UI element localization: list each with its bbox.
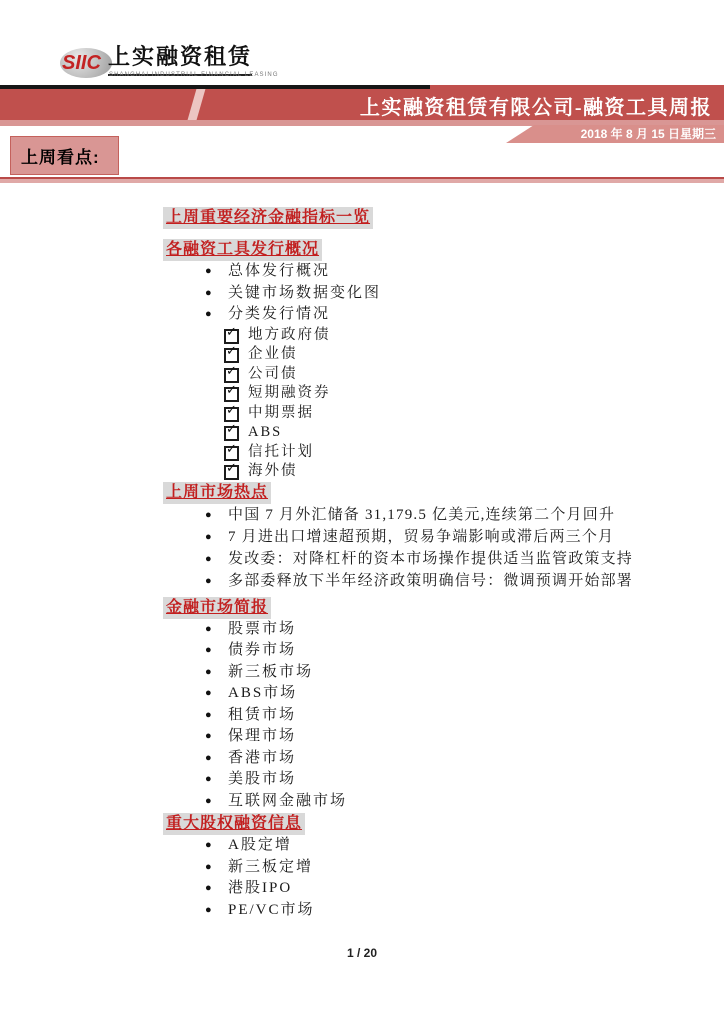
list-item: ●港股IPO: [163, 878, 703, 900]
list-item: ●PE/VC市场: [163, 900, 703, 922]
checkbox-checked-icon: ✓: [224, 329, 239, 344]
bullet-icon: ●: [205, 570, 212, 592]
list-item-label: 美股市场: [228, 771, 296, 787]
list-item-label: 中国 7 月外汇储备 31,179.5 亿美元,连续第二个月回升: [228, 507, 615, 523]
bullet-icon: ●: [205, 504, 212, 526]
banner-top-bar: [0, 85, 430, 89]
list-item-label: 新三板定增: [228, 859, 313, 875]
list-item: ●发改委：对降杠杆的资本市场操作提供适当监管政策支持: [163, 548, 703, 570]
market-brief-list: ●股票市场 ●债券市场 ●新三板市场 ●ABS市场 ●租赁市场 ●保理市场 ●香…: [163, 619, 703, 813]
checkbox-checked-icon: ✓: [224, 387, 239, 402]
toc-content: 上周重要经济金融指标一览 各融资工具发行概况 ●总体发行概况 ●关键市场数据变化…: [163, 202, 703, 921]
page-number: 1 / 20: [0, 946, 724, 960]
section-title-hotspots: 上周市场热点: [163, 482, 271, 504]
checkbox-checked-icon: ✓: [224, 426, 239, 441]
list-item: ●新三板定增: [163, 857, 703, 879]
list-item: ✓海外债: [163, 462, 703, 482]
bullet-icon: ●: [205, 857, 212, 879]
section-title-indicators: 上周重要经济金融指标一览: [163, 207, 373, 229]
list-item: ●A股定增: [163, 835, 703, 857]
report-title: 上实融资租赁有限公司-融资工具周报: [360, 91, 712, 120]
list-item: ●新三板市场: [163, 662, 703, 684]
list-item-label: 保理市场: [228, 728, 296, 744]
list-item-label: 港股IPO: [228, 880, 292, 896]
list-item-label: 租赁市场: [228, 707, 296, 723]
list-item: ✓公司债: [163, 365, 703, 385]
list-item-label: 互联网金融市场: [228, 793, 347, 809]
bullet-icon: ●: [205, 526, 212, 548]
bullet-icon: ●: [205, 769, 212, 791]
checkbox-checked-icon: ✓: [224, 407, 239, 422]
bullet-icon: ●: [205, 619, 212, 641]
list-item: ●股票市场: [163, 619, 703, 641]
bullet-icon: ●: [205, 835, 212, 857]
list-item: ✓中期票据: [163, 404, 703, 424]
list-item: ●多部委释放下半年经济政策明确信号：微调预调开始部署: [163, 570, 703, 592]
list-item: ✓地方政府债: [163, 326, 703, 346]
bullet-icon: ●: [205, 261, 212, 283]
list-item: ●香港市场: [163, 748, 703, 770]
bullet-icon: ●: [205, 640, 212, 662]
list-item-label: 中期票据: [248, 405, 314, 421]
bullet-icon: ●: [205, 791, 212, 813]
list-item: ●保理市场: [163, 726, 703, 748]
list-item-label: 关键市场数据变化图: [228, 285, 381, 301]
equity-financing-list: ●A股定增 ●新三板定增 ●港股IPO ●PE/VC市场: [163, 835, 703, 921]
company-name-cn: 上实融资租赁: [108, 40, 252, 76]
bullet-icon: ●: [205, 900, 212, 922]
list-item-label: PE/VC市场: [228, 902, 315, 918]
list-item: ✓信托计划: [163, 443, 703, 463]
bullet-icon: ●: [205, 304, 212, 326]
list-item: ✓ABS: [163, 423, 703, 443]
report-banner: 上实融资租赁有限公司-融资工具周报: [0, 85, 724, 120]
bullet-icon: ●: [205, 705, 212, 727]
bullet-icon: ●: [205, 548, 212, 570]
list-item-label: 分类发行情况: [228, 306, 330, 322]
list-item: ✓企业债: [163, 345, 703, 365]
list-item: ●ABS市场: [163, 683, 703, 705]
list-item-label: 海外债: [248, 463, 298, 479]
lookpoints-label: 上周看点:: [10, 136, 119, 175]
list-item-label: 地方政府债: [248, 327, 331, 343]
list-item: ●债券市场: [163, 640, 703, 662]
list-item-label: 总体发行概况: [228, 263, 330, 279]
list-item-label: ABS: [248, 424, 282, 440]
list-item-label: 香港市场: [228, 750, 296, 766]
list-item-label: ABS市场: [228, 685, 297, 701]
section-title-market-brief: 金融市场简报: [163, 597, 271, 619]
company-name-en: SHANGHAI INDUSTRIAL FINANCIAL LEASING: [109, 72, 279, 78]
list-item: ●关键市场数据变化图: [163, 283, 703, 305]
list-item-label: 公司债: [248, 366, 298, 382]
list-item: ●总体发行概况: [163, 261, 703, 283]
bullet-icon: ●: [205, 283, 212, 305]
list-item: ●美股市场: [163, 769, 703, 791]
list-item-label: A股定增: [228, 837, 292, 853]
list-item-label: 发改委：对降杠杆的资本市场操作提供适当监管政策支持: [228, 551, 633, 567]
bullet-icon: ●: [205, 748, 212, 770]
list-item: ✓短期融资券: [163, 384, 703, 404]
issuance-list: ●总体发行概况 ●关键市场数据变化图 ●分类发行情况 ✓地方政府债 ✓企业债 ✓…: [163, 261, 703, 482]
list-item-label: 7 月进出口增速超预期，贸易争端影响或滞后两三个月: [228, 529, 614, 545]
checkbox-checked-icon: ✓: [224, 368, 239, 383]
company-logo: SIIC 上实融资租赁 SHANGHAI INDUSTRIAL FINANCIA…: [60, 38, 290, 84]
slash-decoration: [188, 89, 206, 120]
section-title-equity-financing: 重大股权融资信息: [163, 813, 305, 835]
list-item-label: 企业债: [248, 346, 298, 362]
list-item: ●租赁市场: [163, 705, 703, 727]
report-date-ribbon: 2018 年 8 月 15 日星期三: [506, 125, 724, 143]
list-item-label: 信托计划: [248, 444, 314, 460]
list-item: ●中国 7 月外汇储备 31,179.5 亿美元,连续第二个月回升: [163, 504, 703, 526]
checkbox-checked-icon: ✓: [224, 446, 239, 461]
checkbox-checked-icon: ✓: [224, 348, 239, 363]
list-item-label: 短期融资券: [248, 385, 331, 401]
list-item: ●分类发行情况: [163, 304, 703, 326]
list-item-label: 新三板市场: [228, 664, 313, 680]
section-divider: [0, 177, 724, 183]
section-title-issuance: 各融资工具发行概况: [163, 239, 322, 261]
siic-logo-text: SIIC: [62, 52, 101, 75]
list-item-label: 股票市场: [228, 621, 296, 637]
bullet-icon: ●: [205, 683, 212, 705]
bullet-icon: ●: [205, 878, 212, 900]
list-item: ●互联网金融市场: [163, 791, 703, 813]
bullet-icon: ●: [205, 662, 212, 684]
hotspots-list: ●中国 7 月外汇储备 31,179.5 亿美元,连续第二个月回升 ●7 月进出…: [163, 504, 703, 592]
list-item-label: 多部委释放下半年经济政策明确信号：微调预调开始部署: [228, 573, 633, 589]
list-item-label: 债券市场: [228, 642, 296, 658]
list-item: ●7 月进出口增速超预期，贸易争端影响或滞后两三个月: [163, 526, 703, 548]
bullet-icon: ●: [205, 726, 212, 748]
checkbox-checked-icon: ✓: [224, 465, 239, 480]
